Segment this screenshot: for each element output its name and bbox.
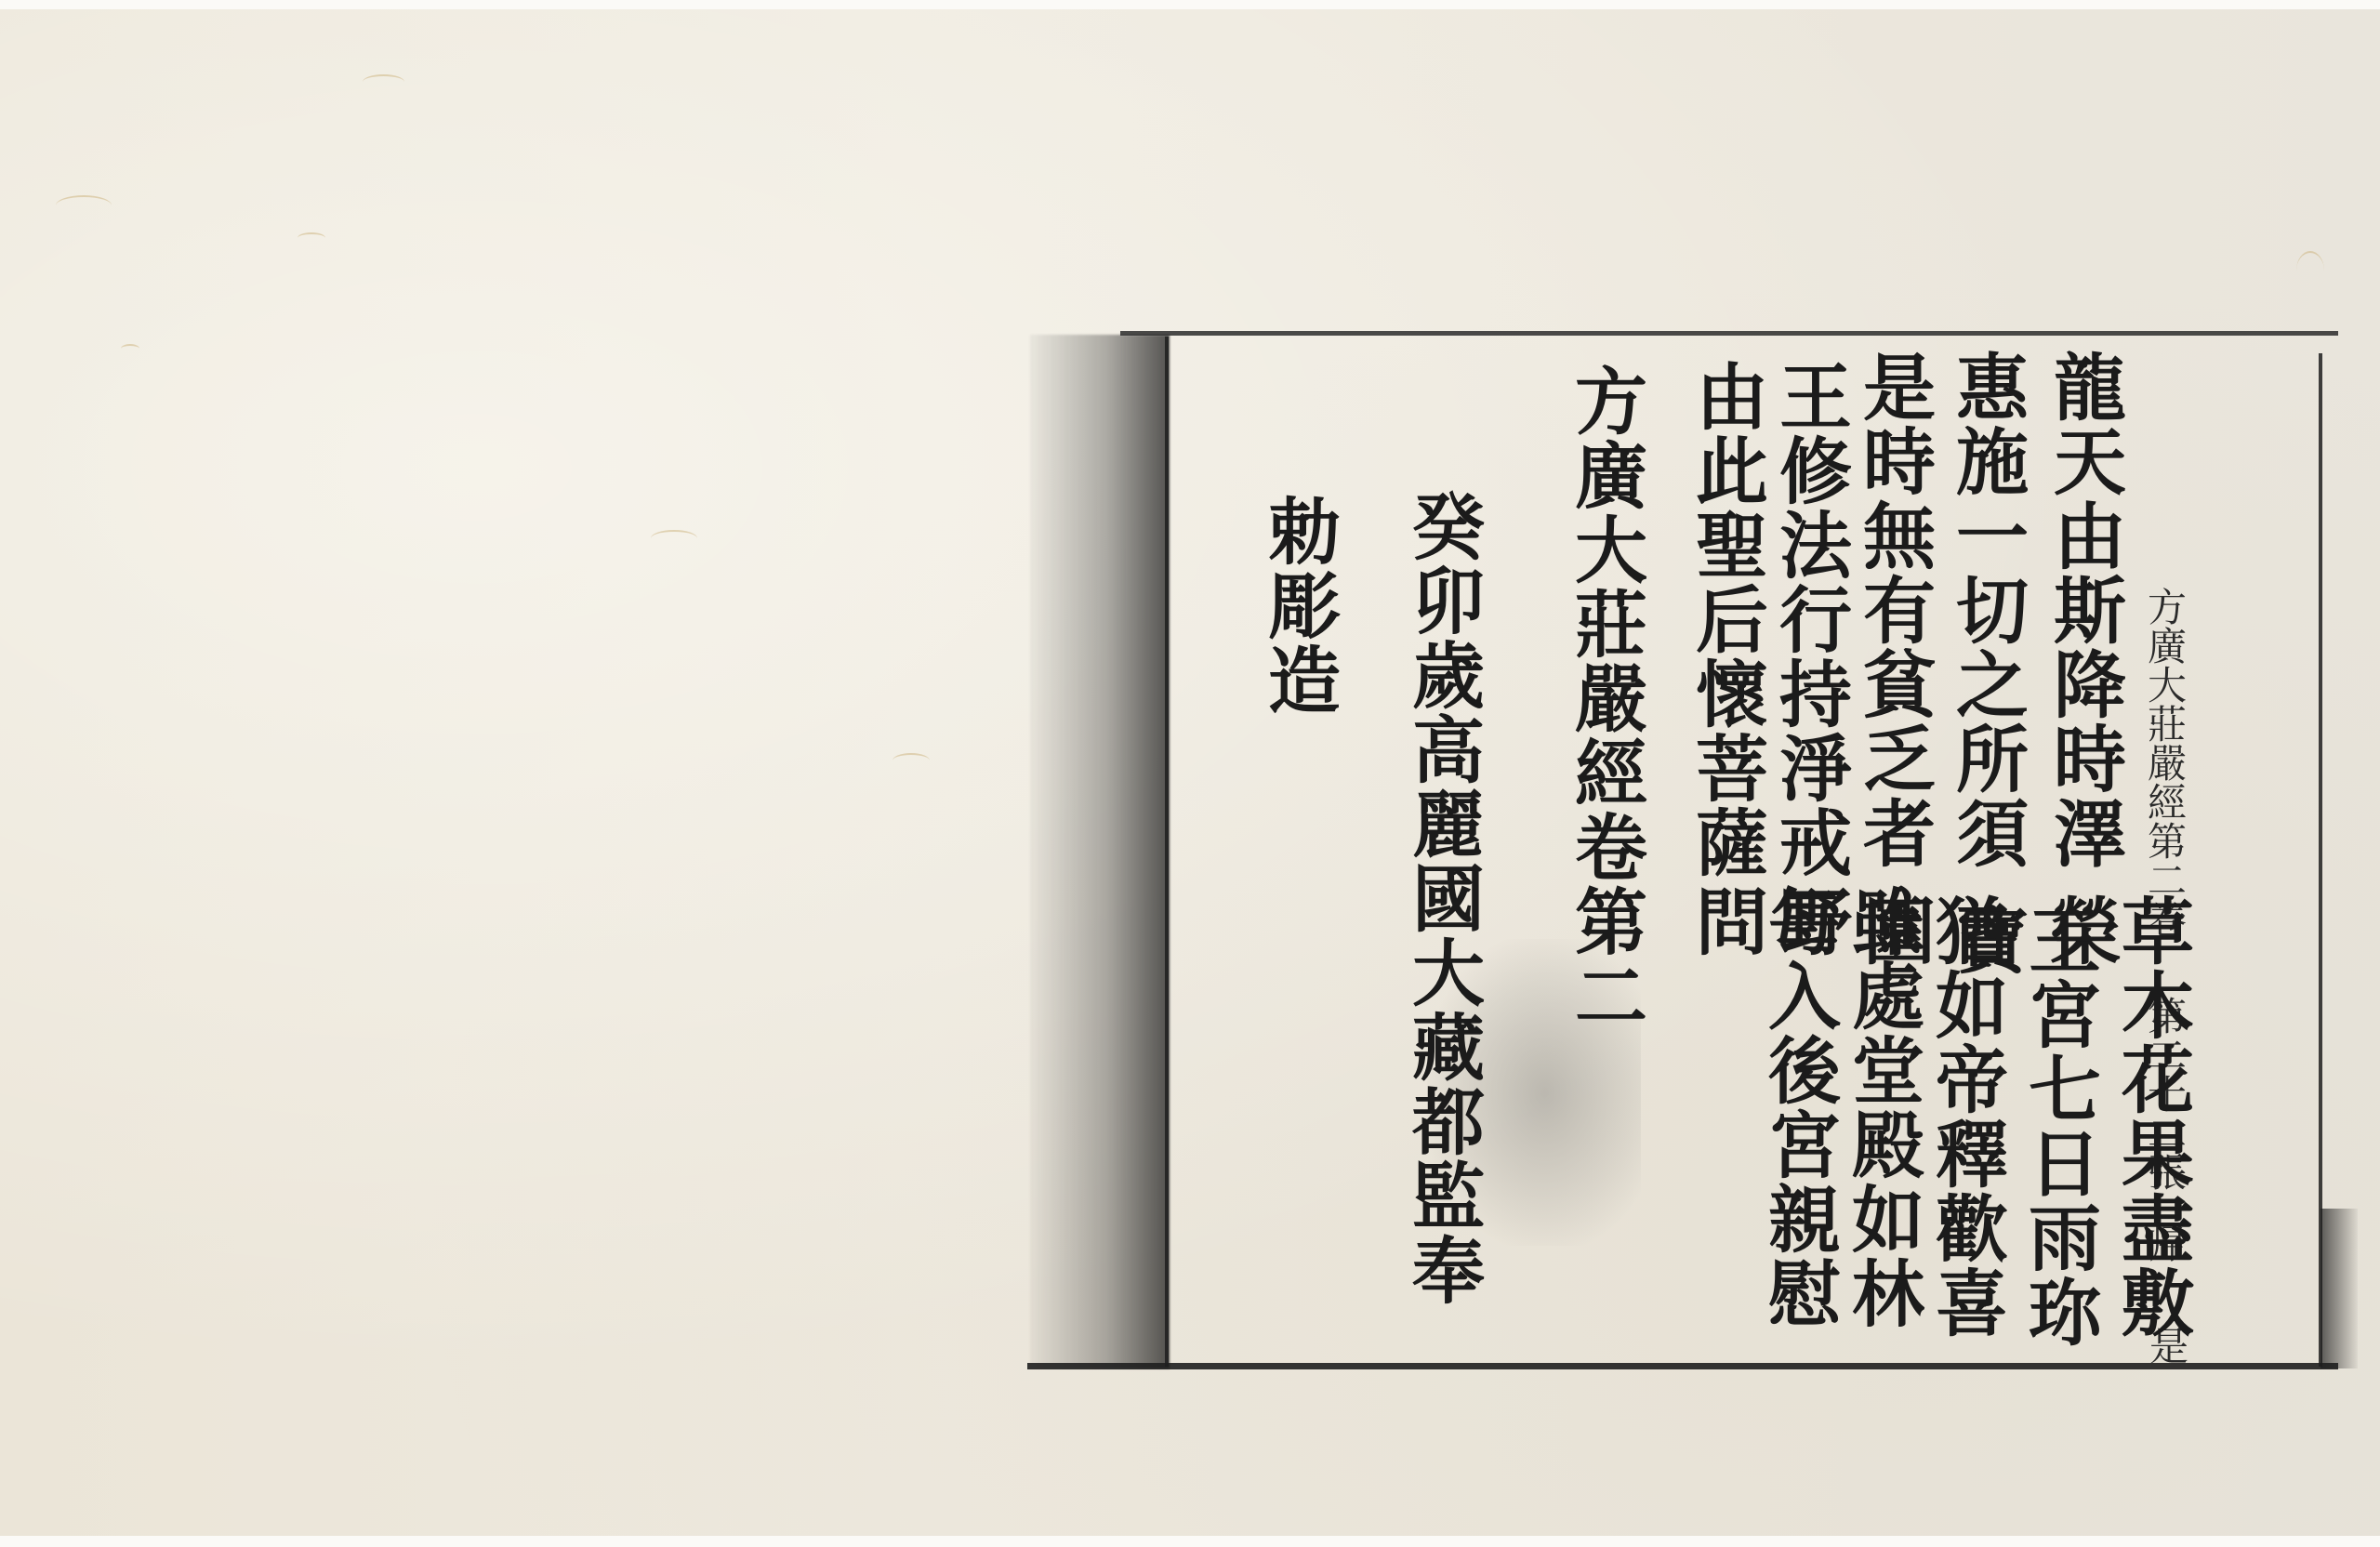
- paper-fiber: [297, 232, 325, 244]
- frame-right-border: [2319, 353, 2322, 1367]
- verse-column-2-upper: 惠施一切之所須: [1950, 350, 2022, 870]
- verse-column-1-upper: 龍天由斯降時澤: [2047, 350, 2120, 870]
- colophon-line-2: 勅彫造: [1262, 494, 1334, 717]
- verse-column-5-lower: 每入後宮親慰問: [1689, 884, 1834, 1363]
- verse-column-3-upper: 是時無有貧乏者: [1857, 350, 1929, 870]
- paper-fiber: [363, 74, 404, 89]
- paper-fiber: [121, 344, 139, 353]
- verse-column-5-upper: 由此聖后懷菩薩: [1689, 359, 1762, 879]
- printed-text-block: 方廣大莊嚴經第二卷 第二十二張 帰 是 龍天由斯降時澤 惠施一切之所須 是時無有…: [1169, 336, 2319, 1363]
- paper-fiber: [651, 530, 697, 547]
- verse-column-4-upper: 王修法行持淨戒: [1773, 359, 1845, 879]
- paper-fiber: [2296, 251, 2324, 290]
- paper-fiber: [56, 195, 112, 216]
- closing-title: 方廣大莊嚴經卷第二: [1568, 364, 1641, 1033]
- colophon-line-1: 癸卯歲高麗國大藏都監奉: [1406, 489, 1478, 1307]
- frame-bottom-border: [1027, 1363, 2338, 1369]
- ink-rubbing-left-edge: [1030, 335, 1170, 1368]
- paper-fiber: [892, 753, 930, 768]
- ink-rubbing-right-edge: [2320, 1209, 2358, 1368]
- margin-title: 方廣大莊嚴經第二卷: [2145, 587, 2184, 938]
